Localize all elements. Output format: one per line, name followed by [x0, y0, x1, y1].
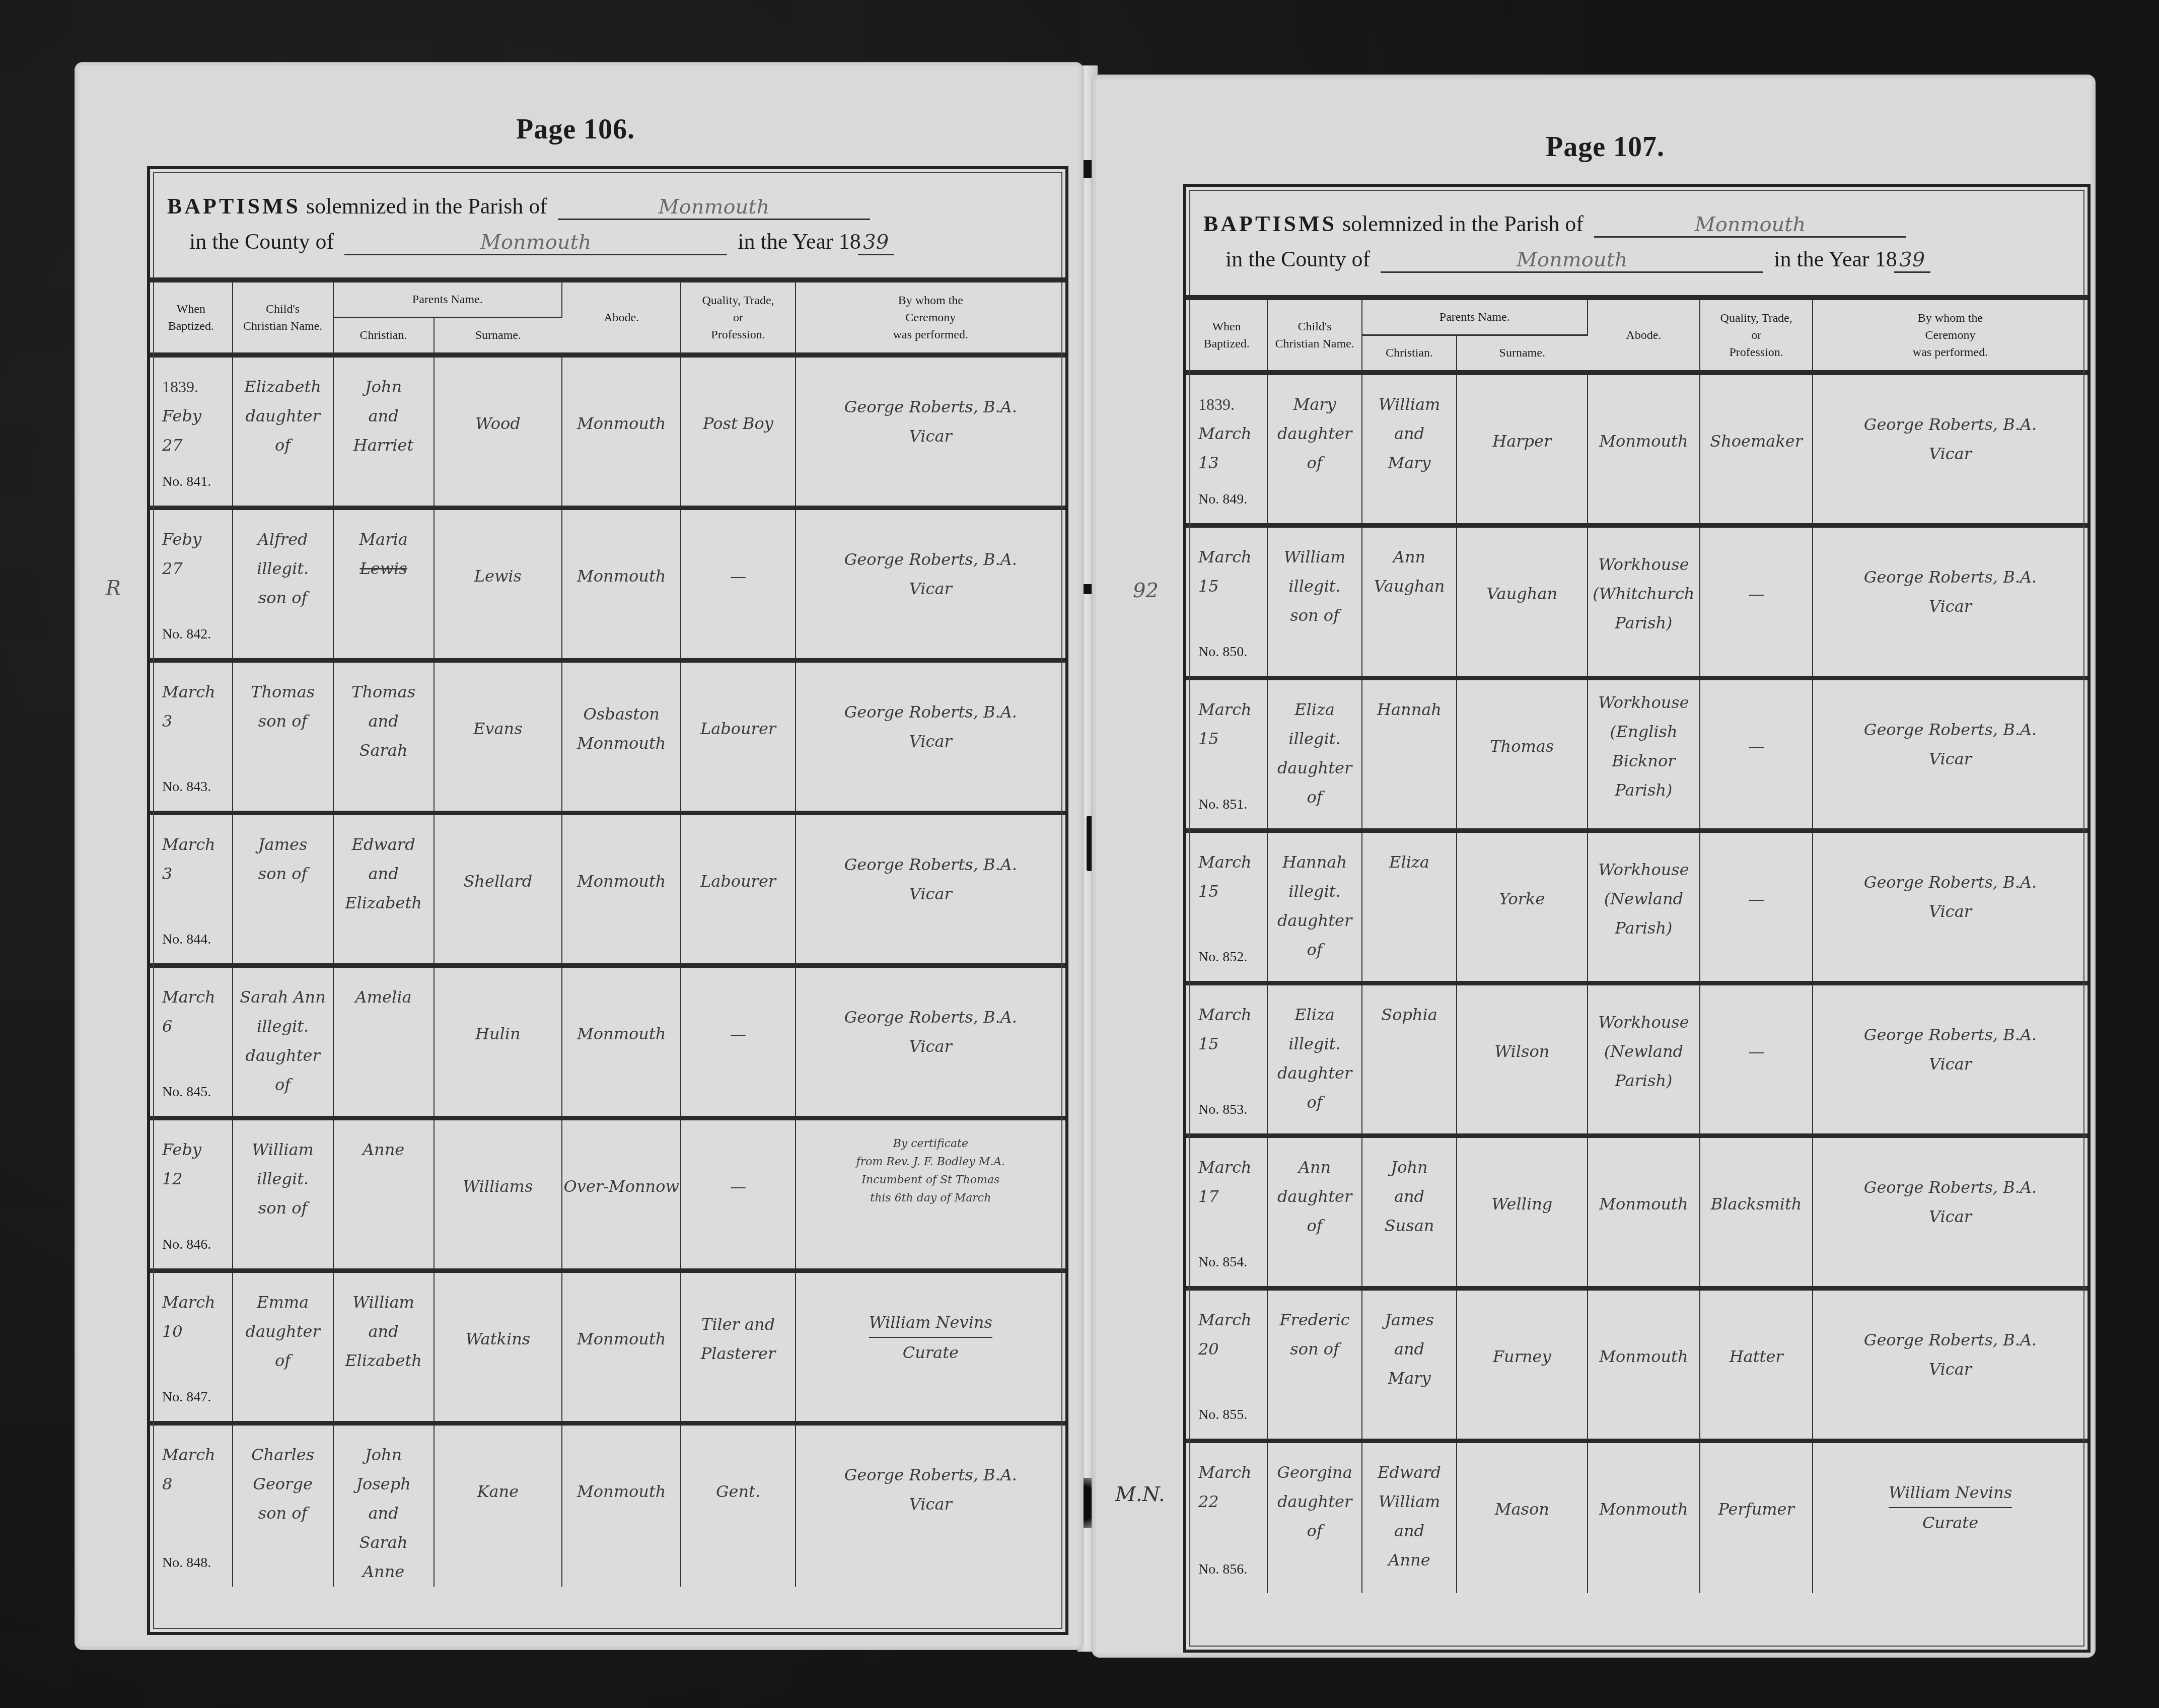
- col-parents-name: Parents Name.: [333, 282, 562, 318]
- year-label: in the Year 18: [1774, 247, 1897, 271]
- baptism-date: March15No. 850.: [1186, 525, 1267, 678]
- register-entry: March8No. 848.CharlesGeorgeson ofJohnJos…: [150, 1423, 1065, 1587]
- entry-number: No. 854.: [1198, 1248, 1247, 1277]
- date-line: March: [162, 1288, 232, 1317]
- col-parent-surname: Surname.: [434, 318, 562, 355]
- officiant-line: George Roberts, B.A.: [1814, 868, 2087, 897]
- parent-surname: Mason: [1457, 1441, 1588, 1593]
- child-name: Jamesson of: [233, 813, 333, 965]
- abode: Monmouth: [562, 813, 681, 965]
- child-name: Fredericson of: [1267, 1288, 1362, 1441]
- parent-surname: Yorke: [1457, 830, 1588, 983]
- child-name-line: Mary: [1268, 390, 1361, 419]
- date-line: March: [1198, 1305, 1266, 1334]
- parent-name-line: James: [1363, 1305, 1456, 1334]
- child-name-line: daughter: [1268, 419, 1361, 448]
- solemnized-label: solemnized in the Parish of: [306, 194, 547, 219]
- child-name-line: of: [1268, 935, 1361, 964]
- child-name-line: daughter: [234, 1041, 332, 1070]
- child-name-line: illegit.: [1268, 724, 1361, 753]
- officiant: George Roberts, B.A.Vicar: [1813, 830, 2088, 983]
- parent-name-line: Hannah: [1363, 695, 1456, 724]
- baptism-date: March22No. 856.: [1186, 1441, 1267, 1593]
- parent-surname: Wood: [434, 355, 562, 508]
- officiant-line: William Nevins: [869, 1308, 992, 1338]
- date-line: March: [162, 677, 232, 706]
- parent-surname: Evans: [434, 660, 562, 813]
- parent-name-line: John: [1363, 1153, 1456, 1182]
- officiant: William NevinsCurate: [796, 1270, 1065, 1423]
- child-name-line: Hannah: [1268, 847, 1361, 877]
- officiant-line: Vicar: [797, 1489, 1065, 1519]
- trade-profession: —: [681, 508, 795, 660]
- officiant-line: Vicar: [797, 574, 1065, 603]
- parent-surname: Wilson: [1457, 983, 1588, 1135]
- child-name: Anndaughterof: [1267, 1135, 1362, 1288]
- parent-name-line: John: [334, 1440, 433, 1469]
- parent-surname: Hulin: [434, 965, 562, 1118]
- child-name-line: daughter: [1268, 906, 1361, 935]
- child-name-line: of: [234, 431, 332, 460]
- child-name-line: daughter: [234, 401, 332, 431]
- entry-number: No. 846.: [162, 1230, 211, 1259]
- trade-profession: Perfumer: [1700, 1441, 1813, 1593]
- parish-value: Monmouth: [558, 195, 870, 220]
- officiant-line: Vicar: [1814, 1202, 2087, 1231]
- register-entry: March22No. 856.GeorginadaughterofEdwardW…: [1186, 1441, 2088, 1593]
- baptism-date: March3No. 844.: [150, 813, 233, 965]
- parent-name-line: John: [334, 372, 433, 401]
- officiant-line: William Nevins: [1889, 1478, 2012, 1508]
- officiant-line: Vicar: [1814, 439, 2087, 468]
- col-child-name: Child'sChristian Name.: [1267, 300, 1362, 373]
- entry-number: No. 853.: [1198, 1095, 1247, 1124]
- county-label: in the County of: [1226, 247, 1370, 271]
- abode: Workhouse (Newland Parish): [1588, 830, 1700, 983]
- parent-christian-names: EdwardWilliamandAnne: [1362, 1441, 1457, 1593]
- date-line: March: [1198, 1000, 1266, 1029]
- parent-name-line: and: [1363, 1334, 1456, 1364]
- parent-name-line: and: [1363, 419, 1456, 448]
- parent-name-line: Lewis: [334, 554, 433, 583]
- officiant-line: Vicar: [1814, 744, 2087, 773]
- child-name-line: Emma: [234, 1288, 332, 1317]
- officiant-line: Vicar: [797, 421, 1065, 451]
- parent-name-line: Joseph: [334, 1469, 433, 1499]
- county-value: Monmouth: [1381, 248, 1763, 273]
- date-line: 6: [162, 1012, 232, 1041]
- date-line: March: [1198, 1153, 1266, 1182]
- officiant-line: George Roberts, B.A.: [797, 850, 1065, 879]
- abode: Monmouth: [562, 1423, 681, 1587]
- parent-name-line: and: [334, 859, 433, 888]
- child-name-line: Ann: [1268, 1153, 1361, 1182]
- parent-name-line: and: [334, 401, 433, 431]
- child-name-line: illegit.: [1268, 572, 1361, 601]
- parent-name-line: Ann: [1363, 542, 1456, 572]
- officiant-line: George Roberts, B.A.: [797, 392, 1065, 421]
- officiant-line: George Roberts, B.A.: [797, 1003, 1065, 1032]
- parent-name-line: William: [1363, 390, 1456, 419]
- col-parent-surname: Surname.: [1457, 335, 1588, 373]
- parent-name-line: Vaughan: [1363, 572, 1456, 601]
- child-name-line: son of: [234, 859, 332, 888]
- parent-name-line: Eliza: [1363, 847, 1456, 877]
- trade-profession: Tiler and Plasterer: [681, 1270, 795, 1423]
- child-name-line: son of: [1268, 601, 1361, 630]
- officiant: George Roberts, B.A.Vicar: [796, 965, 1065, 1118]
- parish-value: Monmouth: [1594, 213, 1906, 238]
- col-parents-name: Parents Name.: [1362, 300, 1587, 335]
- register-entry: March15No. 853.Elizaillegit.daughter ofS…: [1186, 983, 2088, 1135]
- trade-profession: —: [681, 1118, 795, 1270]
- date-line: 15: [1198, 877, 1266, 906]
- parent-surname: Thomas: [1457, 678, 1588, 830]
- register-entry: March15No. 851.Elizaillegit.daughterofHa…: [1186, 678, 2088, 830]
- officiant-line: By certificate: [797, 1135, 1065, 1153]
- trade-profession: Hatter: [1700, 1288, 1813, 1441]
- child-name: Hannahillegit.daughterof: [1267, 830, 1362, 983]
- child-name-line: son of: [234, 583, 332, 612]
- child-name-line: of: [234, 1070, 332, 1099]
- officiant: George Roberts, B.A.Vicar: [796, 660, 1065, 813]
- parent-surname: Williams: [434, 1118, 562, 1270]
- parent-name-line: Harriet: [334, 431, 433, 460]
- child-name: Sarah Annillegit.daughterof: [233, 965, 333, 1118]
- child-name-line: Elizabeth: [234, 372, 332, 401]
- abode: Workhouse (Newland Parish): [1588, 983, 1700, 1135]
- parent-name-line: Amelia: [334, 982, 433, 1012]
- officiant-line: Vicar: [797, 727, 1065, 756]
- date-line: 17: [1198, 1182, 1266, 1211]
- parent-name-line: and: [1363, 1182, 1456, 1211]
- register-entry: March3No. 843.Thomasson ofThomasandSarah…: [150, 660, 1065, 813]
- child-name-line: William: [234, 1135, 332, 1164]
- child-name: Marydaughterof: [1267, 373, 1362, 525]
- officiant: George Roberts, B.A.Vicar: [1813, 525, 2088, 678]
- parent-surname: Welling: [1457, 1135, 1588, 1288]
- page-number: Page 106.: [516, 113, 635, 146]
- date-line: 27: [162, 554, 232, 583]
- child-name-line: George: [234, 1469, 332, 1499]
- date-line: March: [1198, 847, 1266, 877]
- date-line: March: [1198, 695, 1266, 724]
- entry-number: No. 851.: [1198, 790, 1247, 819]
- margin-note: R: [106, 577, 121, 600]
- trade-profession: Gent.: [681, 1423, 795, 1587]
- baptism-date: March8No. 848.: [150, 1423, 233, 1587]
- officiant: George Roberts, B.A.Vicar: [796, 813, 1065, 965]
- date-line: 22: [1198, 1487, 1266, 1516]
- child-name-line: illegit.: [234, 1164, 332, 1193]
- register-entry: 1839.March13No. 849.MarydaughterofWillia…: [1186, 373, 2088, 525]
- date-line: 13: [1198, 448, 1266, 477]
- date-line: March: [1198, 542, 1266, 572]
- officiant-line: Curate: [1814, 1508, 2087, 1537]
- officiant-line: George Roberts, B.A.: [1814, 410, 2087, 439]
- parent-name-line: Maria: [334, 525, 433, 554]
- baptism-date: March3No. 843.: [150, 660, 233, 813]
- child-name-line: illegit.: [234, 554, 332, 583]
- child-name-line: son of: [234, 1193, 332, 1223]
- baptism-date: March15No. 853.: [1186, 983, 1267, 1135]
- register-entry: 1839.Feby27No. 841.ElizabethdaughterofJo…: [150, 355, 1065, 508]
- child-name-line: son of: [234, 706, 332, 736]
- parent-christian-names: EdwardandElizabeth: [333, 813, 434, 965]
- county-label: in the County of: [189, 229, 334, 254]
- child-name-line: Eliza: [1268, 1000, 1361, 1029]
- parent-christian-names: Amelia: [333, 965, 434, 1118]
- trade-profession: —: [1700, 830, 1813, 983]
- parent-name-line: Mary: [1363, 448, 1456, 477]
- col-trade: Quality, Trade,orProfession.: [681, 282, 795, 355]
- baptism-date: March15No. 851.: [1186, 678, 1267, 830]
- register-entry: March6No. 845.Sarah Annillegit.daughtero…: [150, 965, 1065, 1118]
- solemnized-label: solemnized in the Parish of: [1342, 211, 1584, 236]
- officiant: George Roberts, B.A.Vicar: [1813, 678, 2088, 830]
- register-entry: March15No. 852.Hannahillegit.daughterofE…: [1186, 830, 2088, 983]
- entry-year: 1839.: [162, 372, 232, 401]
- child-name-line: daughter: [234, 1317, 332, 1346]
- date-line: 3: [162, 706, 232, 736]
- col-abode: Abode.: [562, 282, 681, 355]
- child-name-line: son of: [234, 1499, 332, 1528]
- child-name-line: Frederic: [1268, 1305, 1361, 1334]
- date-line: 12: [162, 1164, 232, 1193]
- register-header: BAPTISMS solemnized in the Parish of Mon…: [150, 169, 1065, 282]
- margin-note: M.N.: [1115, 1483, 1165, 1506]
- child-name: Georginadaughterof: [1267, 1441, 1362, 1593]
- parent-name-line: and: [334, 1499, 433, 1528]
- parent-name-line: Sarah: [334, 736, 433, 765]
- entry-number: No. 855.: [1198, 1400, 1247, 1430]
- parent-name-line: Susan: [1363, 1211, 1456, 1240]
- officiant: George Roberts, B.A.Vicar: [796, 508, 1065, 660]
- register-entry: Feby27No. 842.Alfredillegit.son ofMariaL…: [150, 508, 1065, 660]
- abode: Monmouth: [1588, 1441, 1700, 1593]
- baptism-date: Feby27No. 842.: [150, 508, 233, 660]
- date-line: 15: [1198, 572, 1266, 601]
- parent-surname: Harper: [1457, 373, 1588, 525]
- officiant: George Roberts, B.A.Vicar: [1813, 1135, 2088, 1288]
- child-name: Williamillegit.son of: [233, 1118, 333, 1270]
- abode: Workhouse (Whitchurch Parish): [1588, 525, 1700, 678]
- abode: Workhouse (English Bicknor Parish): [1588, 678, 1700, 830]
- col-parent-christian: Christian.: [333, 318, 434, 355]
- parent-christian-names: WilliamandMary: [1362, 373, 1457, 525]
- parent-name-line: and: [334, 706, 433, 736]
- child-name-line: daughter: [1268, 1182, 1361, 1211]
- officiant-line: George Roberts, B.A.: [1814, 562, 2087, 592]
- child-name: Elizaillegit.daughterof: [1267, 678, 1362, 830]
- officiant-line: George Roberts, B.A.: [1814, 715, 2087, 744]
- trade-profession: —: [1700, 525, 1813, 678]
- child-name-line: daughter: [1268, 753, 1361, 782]
- date-line: 8: [162, 1469, 232, 1499]
- entry-number: No. 856.: [1198, 1555, 1247, 1584]
- child-name: Emmadaughterof: [233, 1270, 333, 1423]
- child-name: Elizaillegit.daughter of: [1267, 983, 1362, 1135]
- entry-number: No. 852.: [1198, 943, 1247, 972]
- parent-name-line: Anne: [334, 1557, 433, 1586]
- officiant-line: George Roberts, B.A.: [1814, 1325, 2087, 1355]
- abode: Monmouth: [562, 355, 681, 508]
- date-line: 15: [1198, 724, 1266, 753]
- parent-surname: Kane: [434, 1423, 562, 1587]
- register-entry: March15No. 850.Williamillegit.son ofAnnV…: [1186, 525, 2088, 678]
- child-name: Elizabethdaughterof: [233, 355, 333, 508]
- register-title: BAPTISMS: [1203, 211, 1337, 236]
- officiant: George Roberts, B.A.Vicar: [1813, 373, 2088, 525]
- trade-profession: Blacksmith: [1700, 1135, 1813, 1288]
- date-line: 27: [162, 431, 232, 460]
- child-name-line: of: [1268, 1211, 1361, 1240]
- officiant-line: Vicar: [797, 1032, 1065, 1061]
- page-number: Page 107.: [1546, 131, 1665, 163]
- officiant-line: Vicar: [1814, 592, 2087, 621]
- col-abode: Abode.: [1588, 300, 1700, 373]
- parent-christian-names: Anne: [333, 1118, 434, 1270]
- date-line: Feby: [162, 1135, 232, 1164]
- child-name-line: of: [234, 1346, 332, 1375]
- parent-christian-names: MariaLewis: [333, 508, 434, 660]
- baptism-date: March10No. 847.: [150, 1270, 233, 1423]
- parent-name-line: Thomas: [334, 677, 433, 706]
- trade-profession: Labourer: [681, 813, 795, 965]
- baptism-register-table: BAPTISMS solemnized in the Parish of Mon…: [1183, 184, 2091, 1653]
- child-name-line: James: [234, 830, 332, 859]
- entry-number: No. 849.: [1198, 485, 1247, 514]
- child-name: Alfredillegit.son of: [233, 508, 333, 660]
- parent-surname: Furney: [1457, 1288, 1588, 1441]
- date-line: 3: [162, 859, 232, 888]
- margin-note: 92: [1133, 579, 1159, 602]
- register-entry: Feby12No. 846.Williamillegit.son ofAnneW…: [150, 1118, 1065, 1270]
- parent-name-line: William: [1363, 1487, 1456, 1516]
- date-line: March: [162, 982, 232, 1012]
- date-line: March: [1198, 419, 1266, 448]
- abode: Monmouth: [1588, 1288, 1700, 1441]
- date-line: 15: [1198, 1029, 1266, 1058]
- officiant-line: George Roberts, B.A.: [1814, 1173, 2087, 1202]
- parent-surname: Shellard: [434, 813, 562, 965]
- register-entry: March20No. 855.Fredericson ofJamesandMar…: [1186, 1288, 2088, 1441]
- col-by-whom: By whom theCeremonywas performed.: [796, 282, 1065, 355]
- officiant: George Roberts, B.A.Vicar: [796, 1423, 1065, 1587]
- parent-name-line: Anne: [1363, 1545, 1456, 1575]
- child-name-line: Alfred: [234, 525, 332, 554]
- col-when-baptized: WhenBaptized.: [150, 282, 233, 355]
- baptism-date: March17No. 854.: [1186, 1135, 1267, 1288]
- baptism-date: March20No. 855.: [1186, 1288, 1267, 1441]
- parent-name-line: Anne: [334, 1135, 433, 1164]
- date-line: March: [162, 1440, 232, 1469]
- officiant: George Roberts, B.A.Vicar: [1813, 1288, 2088, 1441]
- parent-name-line: and: [1363, 1516, 1456, 1545]
- baptism-date: 1839.Feby27No. 841.: [150, 355, 233, 508]
- officiant: George Roberts, B.A.Vicar: [1813, 983, 2088, 1135]
- register-header: BAPTISMS solemnized in the Parish of Mon…: [1186, 187, 2088, 300]
- parent-name-line: Edward: [1363, 1458, 1456, 1487]
- parent-name-line: Sarah: [334, 1528, 433, 1557]
- abode: Monmouth: [1588, 373, 1700, 525]
- trade-profession: Labourer: [681, 660, 795, 813]
- abode: Monmouth: [562, 965, 681, 1118]
- child-name-line: Thomas: [234, 677, 332, 706]
- officiant-line: this 6th day of March: [797, 1189, 1065, 1207]
- date-line: 20: [1198, 1334, 1266, 1364]
- trade-profession: —: [681, 965, 795, 1118]
- child-name: CharlesGeorgeson of: [233, 1423, 333, 1587]
- entry-year: 1839.: [1198, 390, 1266, 419]
- baptism-date: Feby12No. 846.: [150, 1118, 233, 1270]
- trade-profession: —: [1700, 983, 1813, 1135]
- entry-number: No. 844.: [162, 925, 211, 954]
- parent-christian-names: ThomasandSarah: [333, 660, 434, 813]
- abode: Osbaston Monmouth: [562, 660, 681, 813]
- abode: Monmouth: [562, 508, 681, 660]
- register-entry: March17No. 854.AnndaughterofJohnandSusan…: [1186, 1135, 2088, 1288]
- parent-name-line: and: [334, 1317, 433, 1346]
- officiant-line: Vicar: [1814, 1049, 2087, 1079]
- child-name: Williamillegit.son of: [1267, 525, 1362, 678]
- parent-christian-names: WilliamandElizabeth: [333, 1270, 434, 1423]
- child-name-line: illegit.: [1268, 1029, 1361, 1058]
- abode: Monmouth: [1588, 1135, 1700, 1288]
- officiant-line: from Rev. J. F. Bodley M.A.: [797, 1153, 1065, 1171]
- officiant-line: George Roberts, B.A.: [797, 545, 1065, 574]
- abode: Monmouth: [562, 1270, 681, 1423]
- child-name-line: daughter of: [1268, 1058, 1361, 1117]
- officiant: By certificatefrom Rev. J. F. Bodley M.A…: [796, 1118, 1065, 1270]
- parent-christian-names: Eliza: [1362, 830, 1457, 983]
- parent-name-line: William: [334, 1288, 433, 1317]
- entries-table: WhenBaptized.Child'sChristian Name.Paren…: [150, 282, 1065, 1587]
- year-value: 39: [858, 231, 894, 255]
- officiant-line: Curate: [797, 1338, 1065, 1367]
- entry-number: No. 841.: [162, 467, 211, 496]
- child-name-line: Georgina: [1268, 1458, 1361, 1487]
- child-name-line: of: [1268, 448, 1361, 477]
- child-name-line: daughter: [1268, 1487, 1361, 1516]
- col-by-whom: By whom theCeremonywas performed.: [1813, 300, 2088, 373]
- child-name-line: son of: [1268, 1334, 1361, 1364]
- officiant-line: Vicar: [1814, 1355, 2087, 1384]
- parent-christian-names: Sophia: [1362, 983, 1457, 1135]
- register-entry: March10No. 847.EmmadaughterofWilliamandE…: [150, 1270, 1065, 1423]
- baptism-date: March6No. 845.: [150, 965, 233, 1118]
- register-title: BAPTISMS: [167, 194, 301, 219]
- child-name-line: Sarah Ann: [234, 982, 332, 1012]
- date-line: Feby: [162, 525, 232, 554]
- parent-christian-names: JohnandHarriet: [333, 355, 434, 508]
- parent-surname: Vaughan: [1457, 525, 1588, 678]
- year-value: 39: [1894, 248, 1930, 273]
- child-name-line: Eliza: [1268, 695, 1361, 724]
- parent-christian-names: JohnJosephandSarahAnne: [333, 1423, 434, 1587]
- parent-surname: Lewis: [434, 508, 562, 660]
- officiant-line: Vicar: [797, 879, 1065, 908]
- col-trade: Quality, Trade,orProfession.: [1700, 300, 1813, 373]
- date-line: 10: [162, 1317, 232, 1346]
- child-name-line: of: [1268, 782, 1361, 812]
- parent-surname: Watkins: [434, 1270, 562, 1423]
- parent-christian-names: Hannah: [1362, 678, 1457, 830]
- entry-number: No. 848.: [162, 1548, 211, 1578]
- parent-name-line: Elizabeth: [334, 888, 433, 917]
- child-name-line: Charles: [234, 1440, 332, 1469]
- trade-profession: Post Boy: [681, 355, 795, 508]
